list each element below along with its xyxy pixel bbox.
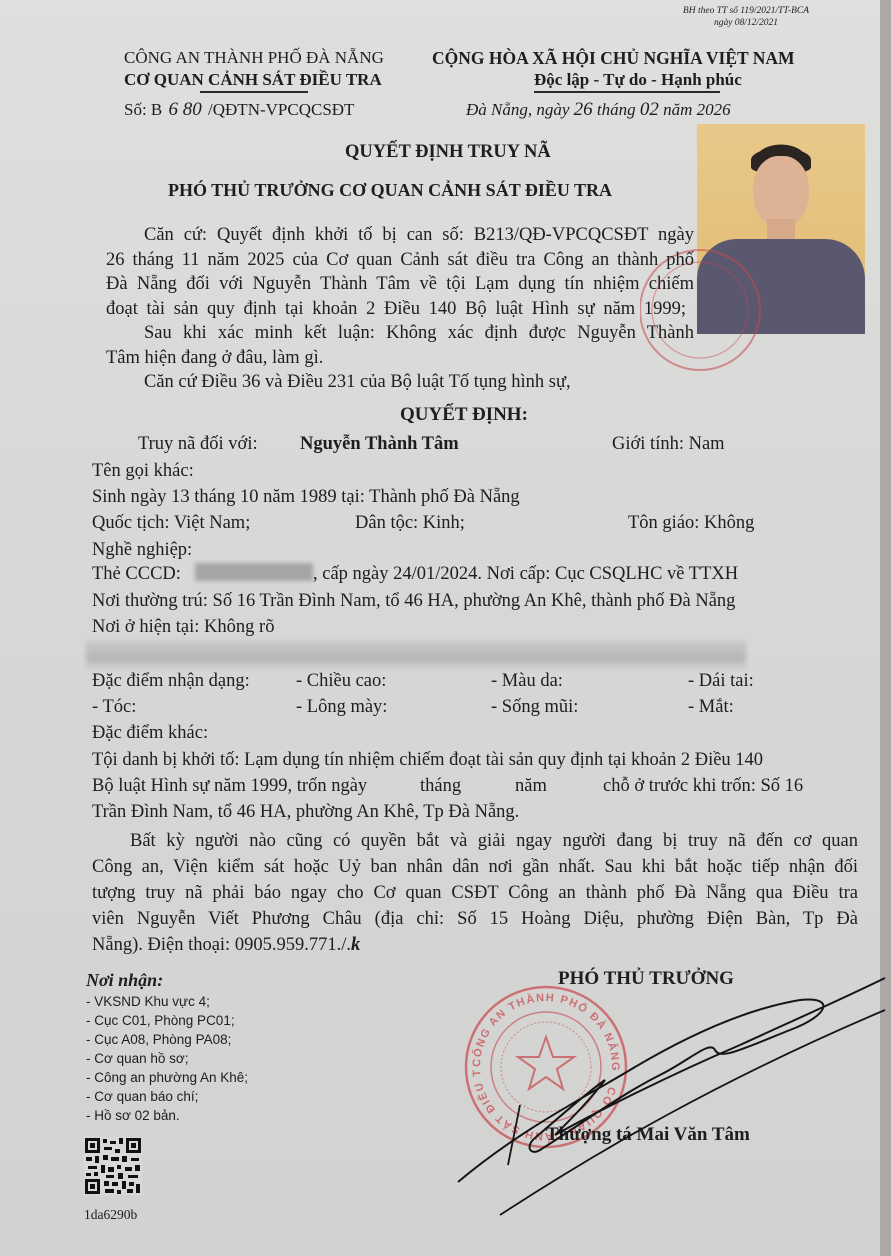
motto: Độc lập - Tự do - Hạnh phúc [534, 69, 742, 91]
charge-month: tháng [420, 774, 461, 799]
recipients-list: - VKSND Khu vực 4; - Cục C01, Phòng PC01… [86, 992, 248, 1125]
religion: Tôn giáo: Không [628, 511, 754, 536]
recipient-item: - Cơ quan báo chí; [86, 1087, 248, 1106]
feature-skin: - Màu da: [491, 669, 563, 694]
instruction-line: Công an, Viện kiểm sát hoặc Uỷ ban nhân … [92, 854, 858, 880]
date-day: 26 [574, 99, 593, 120]
decision-heading: QUYẾT ĐỊNH: [400, 404, 528, 426]
charge-line: Trần Đình Nam, tổ 46 HA, phường An Khê, … [92, 800, 519, 825]
permanent-address: Nơi thường trú: Số 16 Trần Đình Nam, tổ … [92, 589, 735, 614]
feature-hair: - Tóc: [92, 695, 136, 720]
initial-mark: k [351, 935, 360, 955]
instructions: Bất kỳ người nào cũng có quyền bắt và gi… [92, 828, 858, 958]
instruction-line: viên Nguyễn Viết Phương Châu (địa chỉ: S… [92, 906, 858, 932]
feature-eyes: - Mắt: [688, 695, 734, 720]
instruction-last: Nẵng). Điện thoại: 0905.959.771./. [92, 935, 351, 955]
basis-line: Căn cứ: Quyết định khởi tố bị can số: B2… [106, 223, 694, 248]
form-note-line: BH theo TT số 119/2021/TT-BCA [646, 5, 846, 17]
charge-line: Tội danh bị khởi tố: Lạm dụng tín nhiệm … [92, 748, 763, 773]
feature-earlobe: - Dái tai: [688, 669, 754, 694]
document-title: QUYẾT ĐỊNH TRUY NÃ [345, 142, 551, 163]
recipient-item: - Công an phường An Khê; [86, 1068, 248, 1087]
alias: Tên gọi khác: [92, 459, 194, 484]
date-month: 02 [640, 99, 659, 120]
id-card-details: , cấp ngày 24/01/2024. Nơi cấp: Cục CSQL… [313, 562, 738, 587]
doc-number-handwritten: 6 80 [169, 99, 202, 120]
preamble: Căn cứ: Quyết định khởi tố bị can số: B2… [106, 223, 694, 395]
basis-line: Tâm hiện đang ở đâu, làm gì. [106, 346, 694, 371]
signature-icon [440, 960, 890, 1220]
gender: Giới tính: Nam [612, 432, 725, 457]
basis-line: đoạt tài sản quy định tại khoản 2 Điều 1… [106, 297, 686, 322]
doc-number-prefix: Số: B [124, 100, 162, 119]
wanted-label: Truy nã đối với: [138, 432, 258, 457]
blurred-line [86, 640, 746, 670]
charge-line: chỗ ở trước khi trốn: Số 16 [603, 774, 803, 799]
qr-code-id: 1da6290b [84, 1207, 137, 1223]
basis-line: Căn cứ Điều 36 và Điều 231 của Bộ luật T… [106, 370, 694, 395]
recipients-title: Nơi nhận: [86, 970, 163, 991]
nationality: Quốc tịch: Việt Nam; [92, 511, 250, 536]
basis-line: Sau khi xác minh kết luận: Không xác địn… [106, 321, 694, 346]
instruction-line: Bất kỳ người nào cũng có quyền bắt và gi… [92, 828, 858, 854]
issuer-title: PHÓ THỦ TRƯỞNG CƠ QUAN CẢNH SÁT ĐIỀU TRA [168, 180, 612, 201]
id-card-label: Thẻ CCCD: [92, 562, 181, 587]
recipient-item: - Cục C01, Phòng PC01; [86, 1011, 248, 1030]
place-date-prefix: Đà Nẵng, ngày [466, 100, 569, 119]
photo-face [753, 156, 809, 228]
doc-number-suffix: /QĐTN-VPCQCSĐT [208, 100, 354, 119]
form-note: BH theo TT số 119/2021/TT-BCA ngày 08/12… [646, 5, 846, 29]
month-label: tháng [597, 100, 636, 119]
motto-underline [534, 91, 720, 93]
country-name: CỘNG HÒA XÃ HỘI CHỦ NGHĨA VIỆT NAM [432, 47, 795, 69]
agency-unit-text: CƠ QUAN CẢNH SÁT ĐIỀU TRA [124, 70, 382, 89]
features-label: Đặc điểm nhận dạng: [92, 669, 250, 694]
birth-info: Sinh ngày 13 tháng 10 năm 1989 tại: Thàn… [92, 485, 520, 510]
suspect-name: Nguyễn Thành Tâm [300, 432, 459, 457]
year-label: năm 2026 [663, 100, 731, 119]
place-date: Đà Nẵng, ngày 26 tháng 02 năm 2026 [466, 99, 731, 121]
basis-line: Đà Nẵng đối với Nguyễn Thành Tâm về tội … [106, 272, 694, 297]
recipient-item: - Hồ sơ 02 bản. [86, 1106, 248, 1125]
id-number-redacted [195, 563, 313, 581]
basis-line: 26 tháng 11 năm 2025 của Cơ quan Cảnh sá… [106, 248, 694, 273]
recipient-item: - Cục A08, Phòng PA08; [86, 1030, 248, 1049]
current-address: Nơi ở hiện tại: Không rõ [92, 615, 274, 640]
form-note-line: ngày 08/12/2021 [646, 17, 846, 29]
feature-nose: - Sống mũi: [491, 695, 578, 720]
charge-line: Bộ luật Hình sự năm 1999, trốn ngày [92, 774, 367, 799]
feature-height: - Chiều cao: [296, 669, 386, 694]
charge-year: năm [515, 774, 547, 799]
feature-eyebrow: - Lông mày: [296, 695, 387, 720]
recipient-item: - VKSND Khu vực 4; [86, 992, 248, 1011]
other-features: Đặc điểm khác: [92, 721, 208, 746]
agency-underline [200, 91, 308, 93]
recipient-item: - Cơ quan hồ sơ; [86, 1049, 248, 1068]
agency-name: CÔNG AN THÀNH PHỐ ĐÀ NẴNG [124, 47, 384, 69]
instruction-line: tượng truy nã phải báo ngay cho Cơ quan … [92, 880, 858, 906]
document-number: Số: B 6 80 /QĐTN-VPCQCSĐT [124, 99, 354, 121]
occupation: Nghề nghiệp: [92, 538, 192, 563]
qr-code-icon [84, 1137, 142, 1195]
instruction-line: Nẵng). Điện thoại: 0905.959.771./.k [92, 932, 858, 958]
agency-unit: CƠ QUAN CẢNH SÁT ĐIỀU TRA [124, 69, 382, 91]
ethnicity: Dân tộc: Kinh; [355, 511, 465, 536]
